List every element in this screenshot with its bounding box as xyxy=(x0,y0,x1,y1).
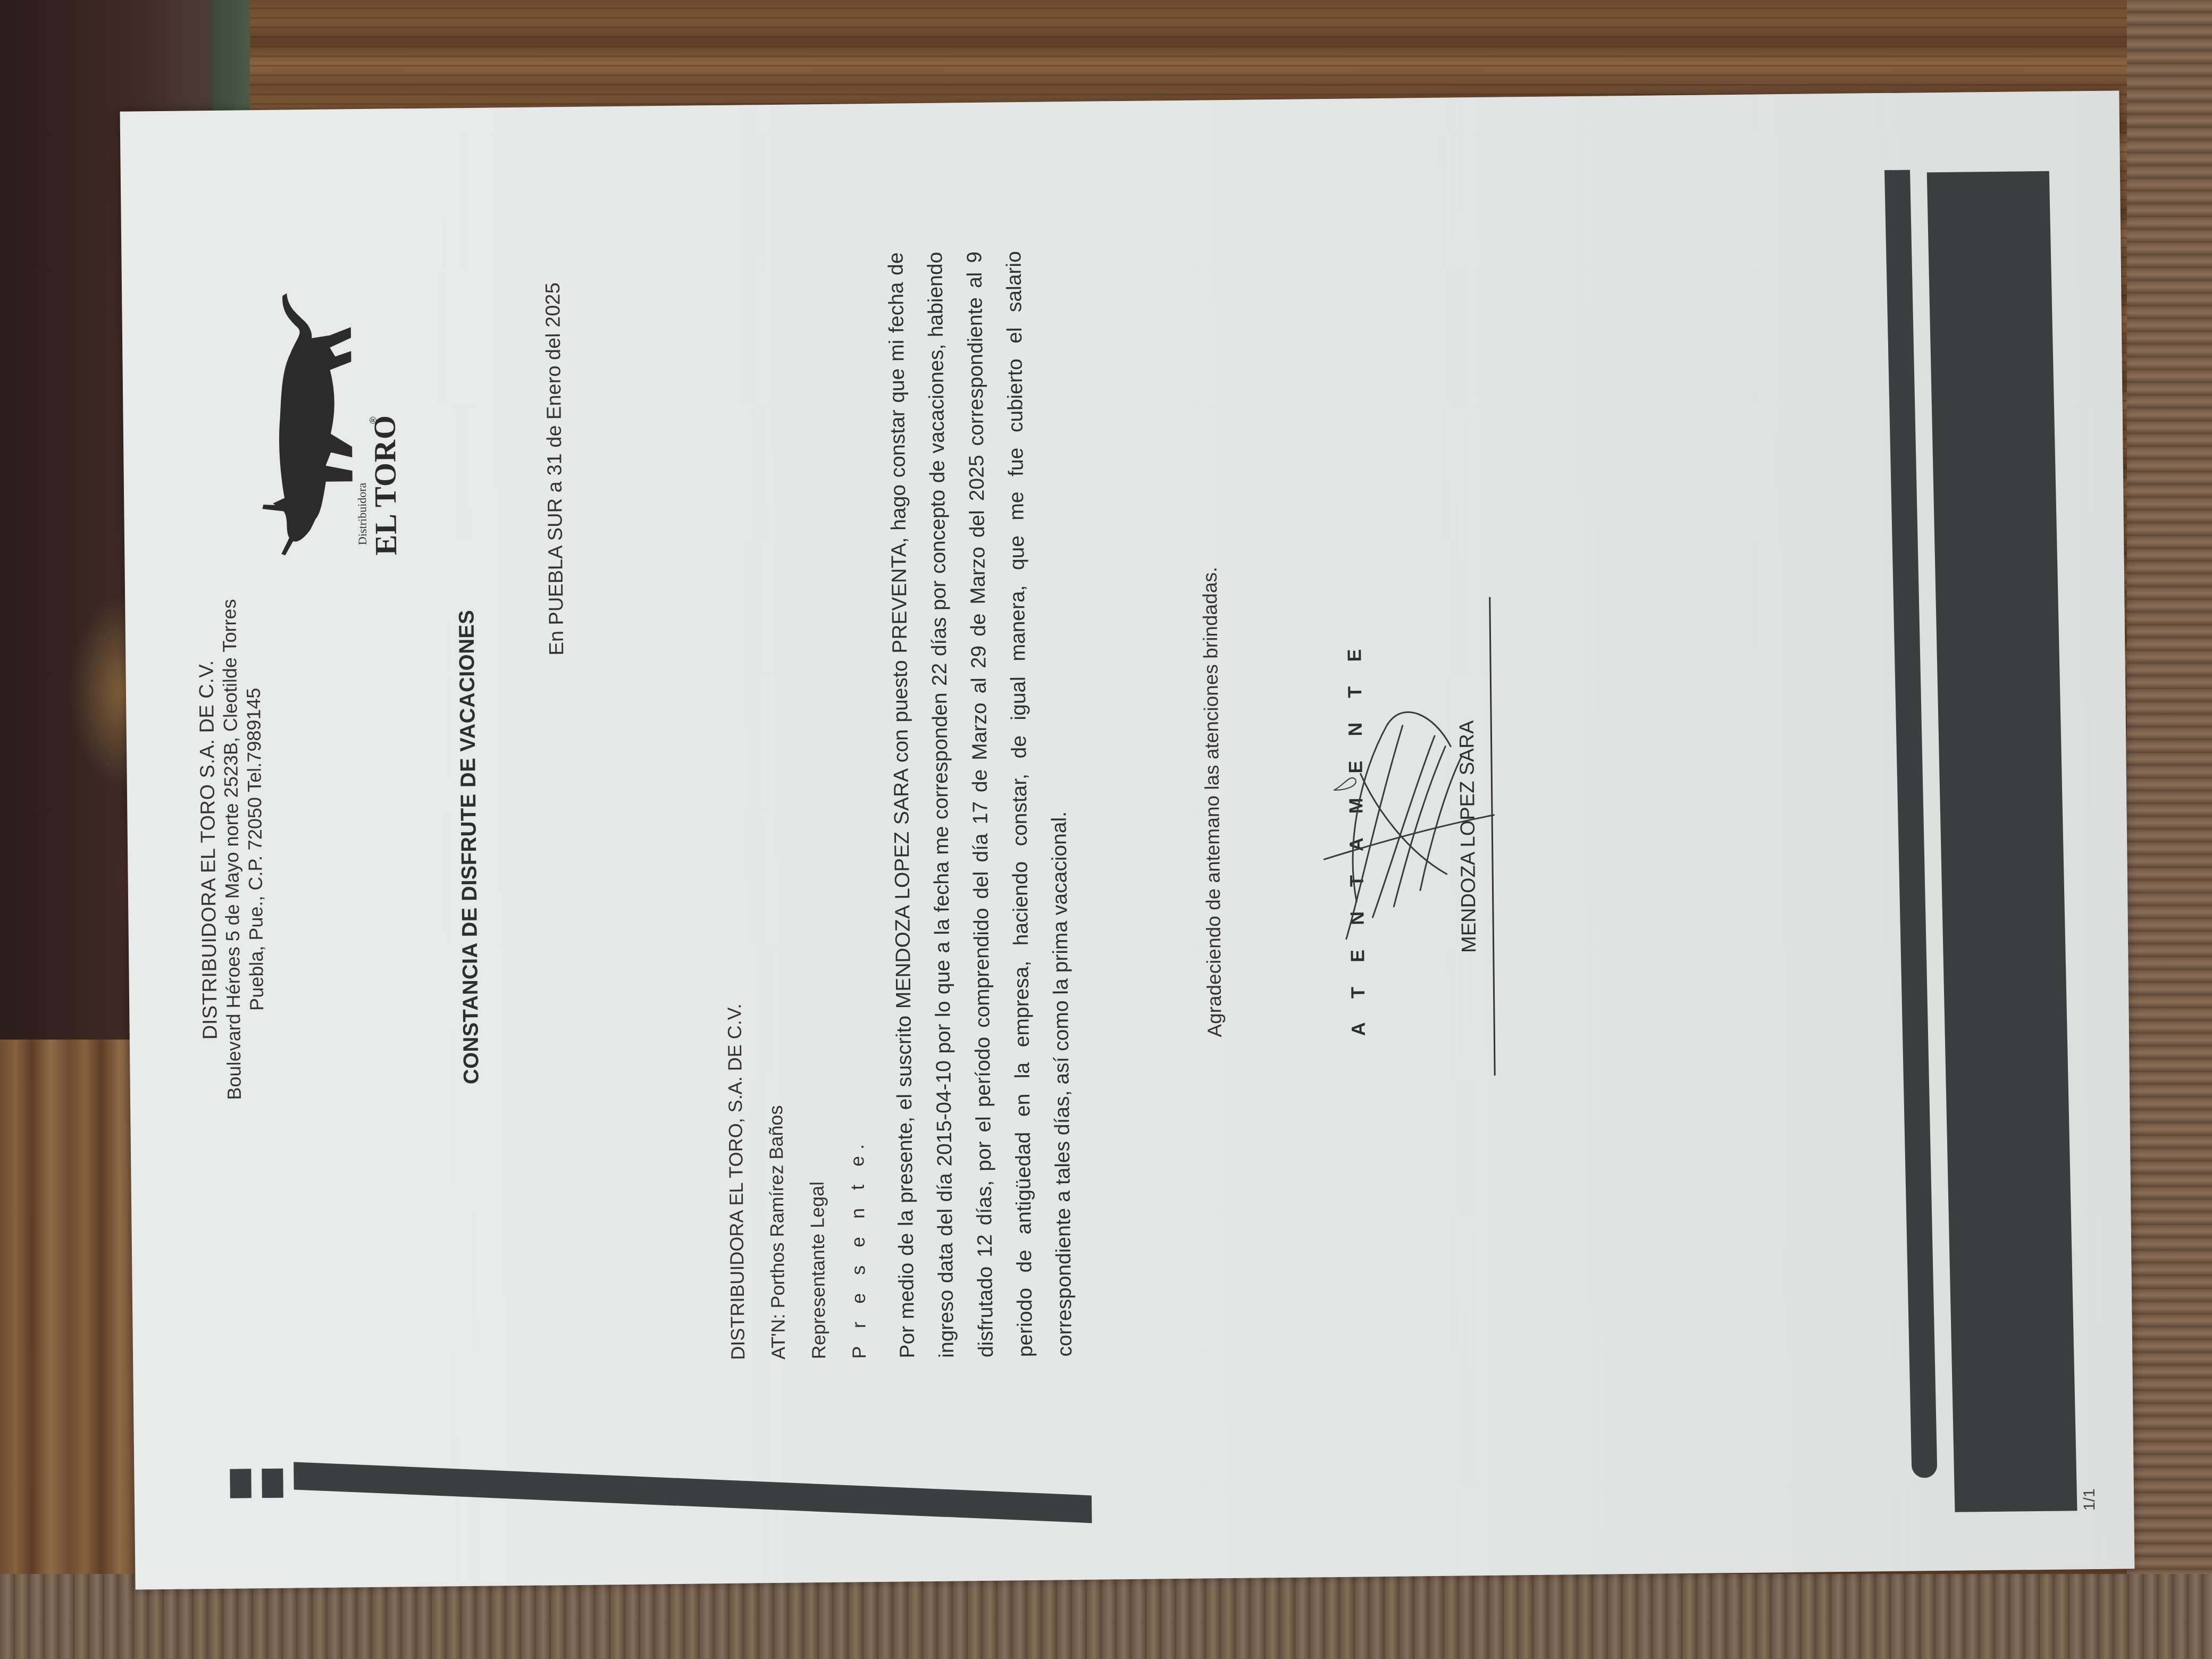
registered-mark: ® xyxy=(368,416,379,423)
decorative-bar-bottom-thick xyxy=(1927,171,2077,1512)
place-date: En PUEBLA SUR a 31 de Enero del 2025 xyxy=(542,282,568,656)
decorative-bar-bottom-thin xyxy=(1884,170,1938,1478)
addressee-role: Representante Legal xyxy=(795,1003,839,1360)
body-paragraph: Por medio de la presente, el suscrito ME… xyxy=(876,250,1085,1359)
decorative-bar-left xyxy=(294,1462,1092,1523)
addressee-block: DISTRIBUIDORA EL TORO, S.A. DE C.V. AT'N… xyxy=(714,1002,879,1360)
company-logo: Distribuidora EL TORO ® xyxy=(249,284,406,562)
document-title: CONSTANCIA DE DISFRUTE DE VACACIONES xyxy=(450,108,489,1586)
page-number: 1/1 xyxy=(2081,1488,2099,1511)
bull-icon xyxy=(249,284,358,562)
logo-name: EL TORO xyxy=(367,415,404,556)
closing-line: Agradeciendo de antemano las atenciones … xyxy=(1195,249,1229,1355)
addressee-attention: AT'N: Porthos Ramírez Baños xyxy=(755,1003,799,1360)
carpet-background-right xyxy=(2127,0,2212,1659)
letter-page: DISTRIBUIDORA EL TORO S.A. DE C.V. Boule… xyxy=(120,90,2135,1589)
addressee-greeting: P r e s e n t e. xyxy=(835,1002,879,1359)
addressee-company: DISTRIBUIDORA EL TORO, S.A. DE C.V. xyxy=(714,1003,758,1360)
